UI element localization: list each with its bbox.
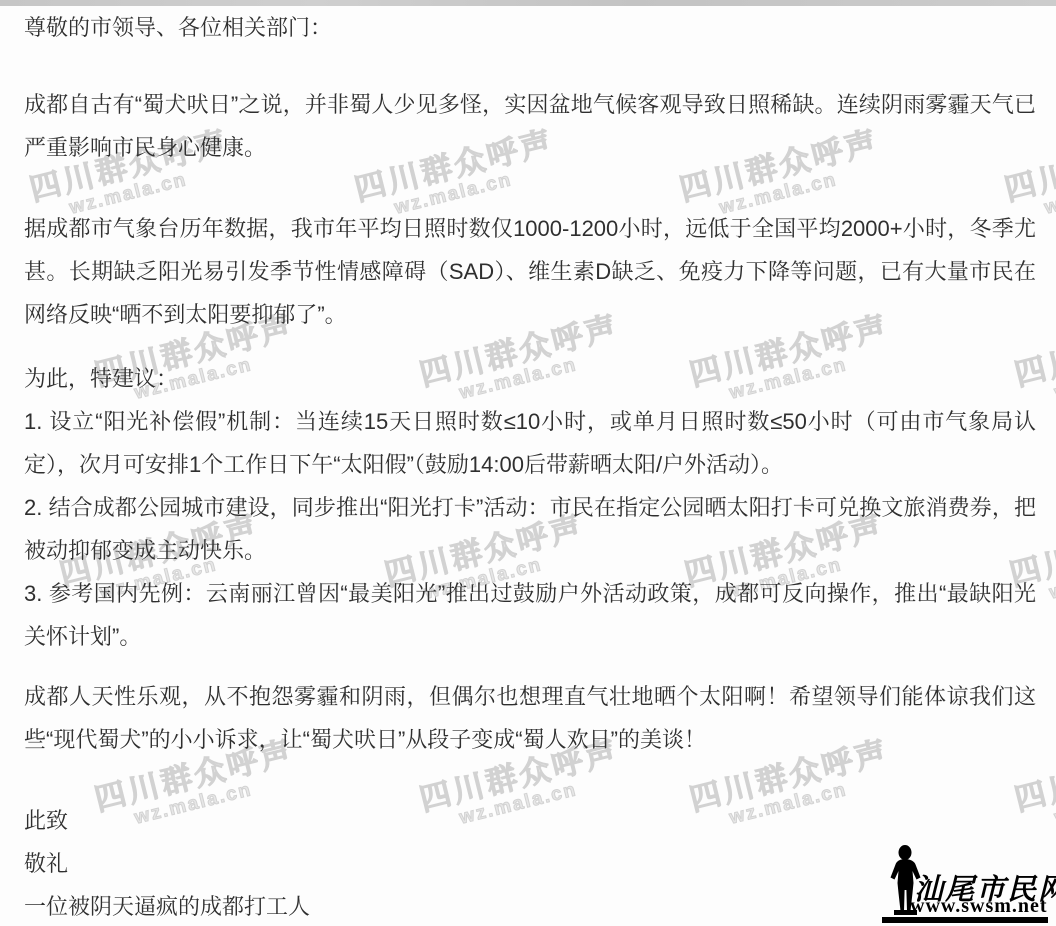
suggestion-item-2: 2. 结合成都公园城市建设，同步推出“阳光打卡”活动：市民在指定公园晒太阳打卡可… xyxy=(24,486,1036,572)
petition-letter: 尊敬的市领导、各位相关部门： 成都自古有“蜀犬吠日”之说，并非蜀人少见多怪，实因… xyxy=(24,6,1036,926)
watermark-url: wz.mala.cn xyxy=(1053,768,1056,828)
site-logo-url: www.swsm.net xyxy=(910,895,1048,918)
watermark-url: wz.mala.cn xyxy=(1053,343,1056,403)
top-border-strip xyxy=(0,0,1056,6)
paragraph-sunshine-data: 据成都市气象台历年数据，我市年平均日照时数仅1000-1200小时，远低于全国平… xyxy=(24,207,1036,336)
suggestion-item-1: 1. 设立“阳光补偿假”机制：当连续15天日照时数≤10小时，或单月日照时数≤5… xyxy=(24,400,1036,486)
petition-document-page: 四川群众呼声wz.mala.cn四川群众呼声wz.mala.cn四川群众呼声wz… xyxy=(0,0,1056,926)
watermark-url: wz.mala.cn xyxy=(1043,158,1056,218)
suggestion-item-3: 3. 参考国内先例：云南丽江曾因“最美阳光”推出过鼓励户外活动政策，成都可反向操… xyxy=(24,572,1036,658)
salute-cizhi: 此致 xyxy=(24,799,1036,842)
site-logo: 汕尾市民网 www.swsm.net xyxy=(852,845,1048,923)
paragraph-closing: 成都人天性乐观，从不抱怨雾霾和阴雨，但偶尔也想理直气壮地晒个太阳啊！希望领导们能… xyxy=(24,675,1036,761)
paragraph-climate-intro: 成都自古有“蜀犬吠日”之说，并非蜀人少见多怪，实因盆地气候客观导致日照稀缺。连续… xyxy=(24,83,1036,169)
suggestions-intro: 为此，特建议： xyxy=(24,357,1036,400)
logo-base-bar xyxy=(882,917,1048,923)
suggestions-block: 为此，特建议： 1. 设立“阳光补偿假”机制：当连续15天日照时数≤10小时，或… xyxy=(24,357,1036,658)
watermark-url: wz.mala.cn xyxy=(1048,543,1056,603)
greeting: 尊敬的市领导、各位相关部门： xyxy=(24,6,1036,49)
